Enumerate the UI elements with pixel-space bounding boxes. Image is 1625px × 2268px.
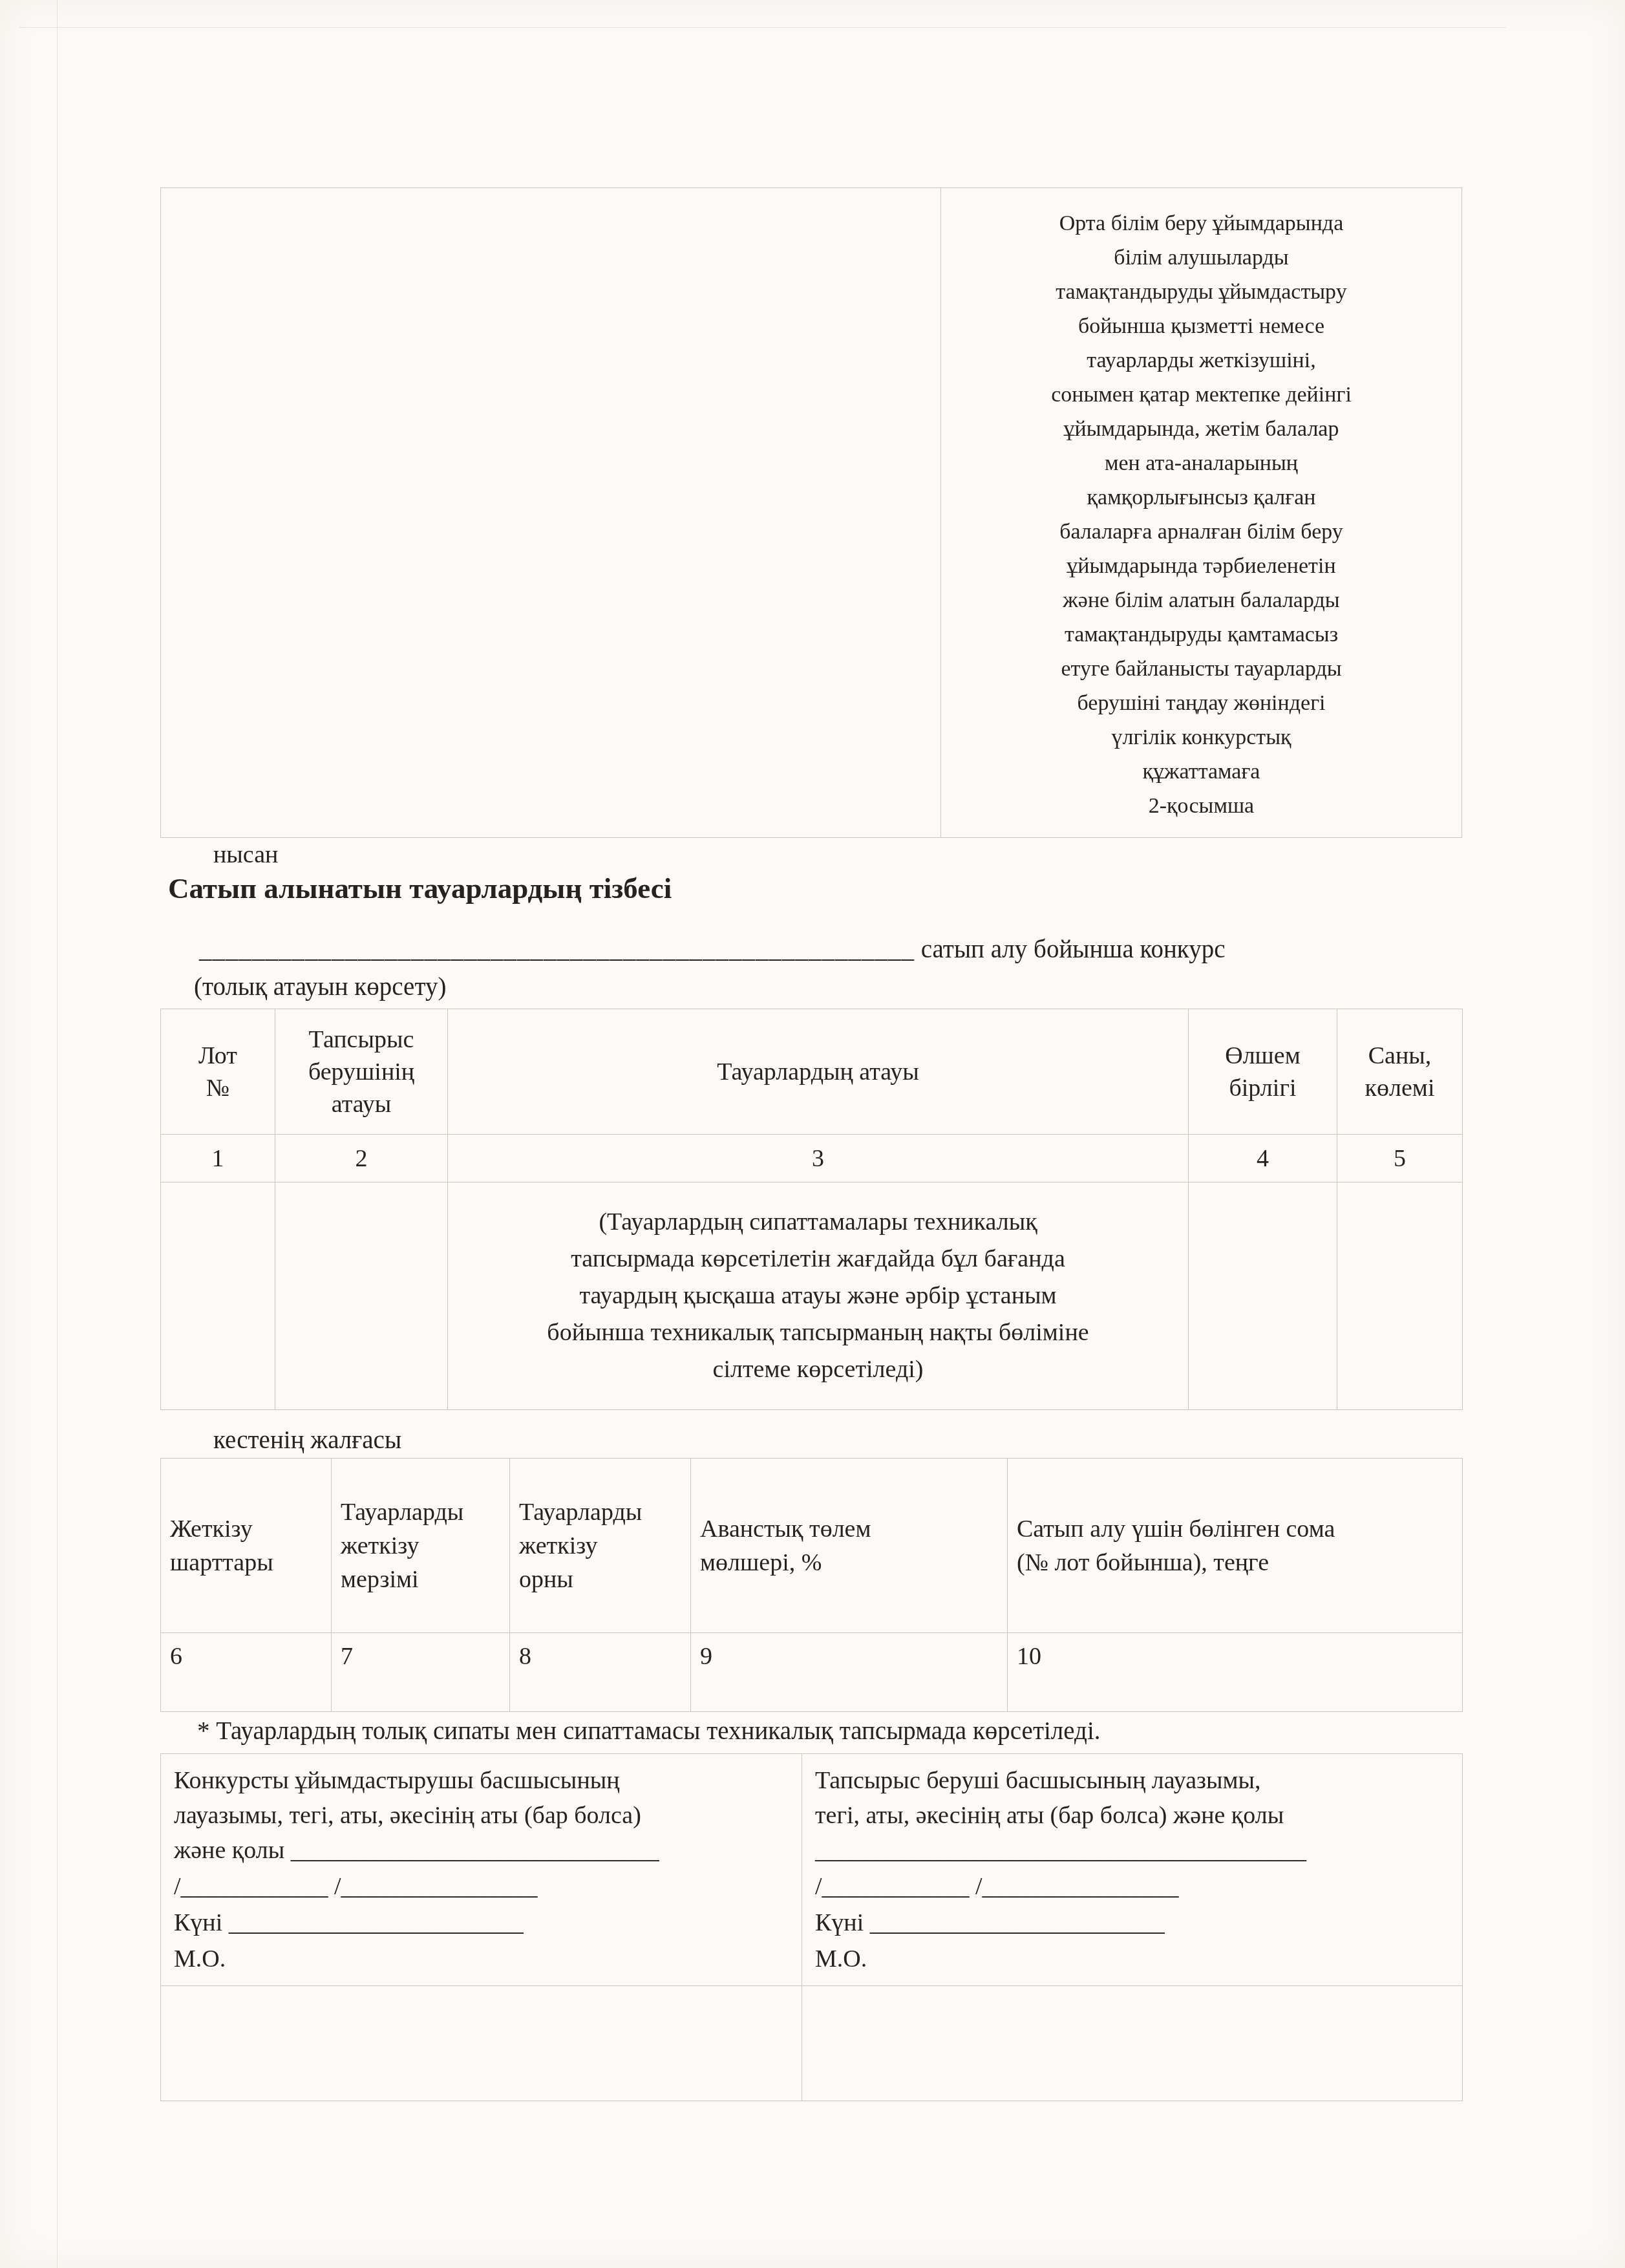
date-blank: ________________________ — [870, 1909, 1165, 1936]
date-label: Күні — [815, 1909, 864, 1936]
full-name-hint: (толық атауын көрсету) — [194, 972, 446, 1001]
organizer-date-line: Күні ________________________ — [174, 1905, 789, 1940]
header-allocated-sum: Сатып алу үшін бөлінген сома (№ лот бойы… — [1008, 1459, 1463, 1633]
scan-artifact-top-line — [19, 27, 1506, 28]
goods-table-note-row: (Тауарлардың сипаттамалары техникалық та… — [161, 1182, 1463, 1410]
scan-artifact-left-line — [57, 0, 58, 2268]
header-quantity: Саны, көлемі — [1337, 1009, 1463, 1135]
signature-content-row: Конкурсты ұйымдастырушы басшысының лауаз… — [161, 1754, 1463, 1986]
empty-cell — [802, 1986, 1463, 2101]
empty-cell — [161, 1986, 802, 2101]
column-number-cell: 9 — [691, 1633, 1008, 1712]
table-continuation-label: кестенің жалғасы — [213, 1426, 401, 1455]
column-number-cell: 5 — [1337, 1135, 1463, 1182]
empty-cell — [275, 1182, 448, 1410]
customer-signature-cell: Тапсырыс беруші басшысының лауазымы, тег… — [802, 1754, 1463, 1986]
organizer-role-line: Конкурсты ұйымдастырушы басшысының лауаз… — [174, 1763, 789, 1868]
column-number-cell: 1 — [161, 1135, 275, 1182]
customer-date-line: Күні ________________________ — [815, 1905, 1449, 1940]
empty-cell — [1337, 1182, 1463, 1410]
header-lot-number: Лот № — [161, 1009, 275, 1135]
organizer-signature-cell: Конкурсты ұйымдастырушы басшысының лауаз… — [161, 1754, 802, 1986]
column-number-cell: 8 — [510, 1633, 691, 1712]
appendix-note: Орта білім беру ұйымдарында білім алушыл… — [941, 188, 1461, 837]
customer-seal-label: М.О. — [815, 1942, 1449, 1976]
date-label: Күні — [174, 1909, 222, 1936]
signature-empty-row — [161, 1986, 1463, 2101]
header-goods-name: Тауарлардың атауы — [448, 1009, 1189, 1135]
column-number-cell: 3 — [448, 1135, 1189, 1182]
page-title: Сатып алынатын тауарлардың тізбесі — [168, 872, 672, 905]
column-number-cell: 7 — [332, 1633, 510, 1712]
empty-cell — [161, 1182, 275, 1410]
appendix-table-empty-cell — [161, 188, 941, 837]
goods-list-table-continuation: Жеткізу шарттары Тауарларды жеткізу мерз… — [160, 1458, 1463, 1712]
competition-name-blank: ________________________________________… — [199, 936, 915, 963]
header-delivery-time: Тауарларды жеткізу мерзімі — [332, 1459, 510, 1633]
competition-line-text: сатып алу бойынша конкурс — [921, 936, 1226, 963]
header-unit: Өлшем бірлігі — [1189, 1009, 1337, 1135]
header-advance-payment: Аванстық төлем мөлшері, % — [691, 1459, 1008, 1633]
signature-table: Конкурсты ұйымдастырушы басшысының лауаз… — [160, 1753, 1463, 2101]
organizer-seal-label: М.О. — [174, 1942, 789, 1976]
customer-slash-line: /____________ /________________ — [815, 1869, 1449, 1904]
column-number-cell: 2 — [275, 1135, 448, 1182]
competition-line: ________________________________________… — [199, 935, 1226, 964]
column-number-cell: 4 — [1189, 1135, 1337, 1182]
column-number-cell: 10 — [1008, 1633, 1463, 1712]
footnote: * Тауарлардың толық сипаты мен сипаттама… — [197, 1717, 1101, 1746]
goods-table-header-row: Лот № Тапсырыс берушінің атауы Тауарлард… — [161, 1009, 1463, 1135]
date-blank: ________________________ — [229, 1909, 524, 1936]
form-label: нысан — [213, 840, 278, 869]
appendix-reference-table: Орта білім беру ұйымдарында білім алушыл… — [160, 187, 1462, 838]
goods-table-number-row: 1 2 3 4 5 — [161, 1135, 1463, 1182]
header-customer-name: Тапсырыс берушінің атауы — [275, 1009, 448, 1135]
goods-list-table: Лот № Тапсырыс берушінің атауы Тауарлард… — [160, 1009, 1463, 1410]
header-delivery-terms: Жеткізу шарттары — [161, 1459, 332, 1633]
organizer-slash-line: /____________ /________________ — [174, 1869, 789, 1904]
goods-description-note: (Тауарлардың сипаттамалары техникалық та… — [448, 1182, 1189, 1410]
scanned-document-page: Орта білім беру ұйымдарында білім алушыл… — [0, 0, 1625, 2268]
column-number-cell: 6 — [161, 1633, 332, 1712]
continuation-number-row: 6 7 8 9 10 — [161, 1633, 1463, 1712]
header-delivery-place: Тауарларды жеткізу орны — [510, 1459, 691, 1633]
empty-cell — [1189, 1182, 1337, 1410]
continuation-header-row: Жеткізу шарттары Тауарларды жеткізу мерз… — [161, 1459, 1463, 1633]
customer-role-line: Тапсырыс беруші басшысының лауазымы, тег… — [815, 1763, 1449, 1868]
